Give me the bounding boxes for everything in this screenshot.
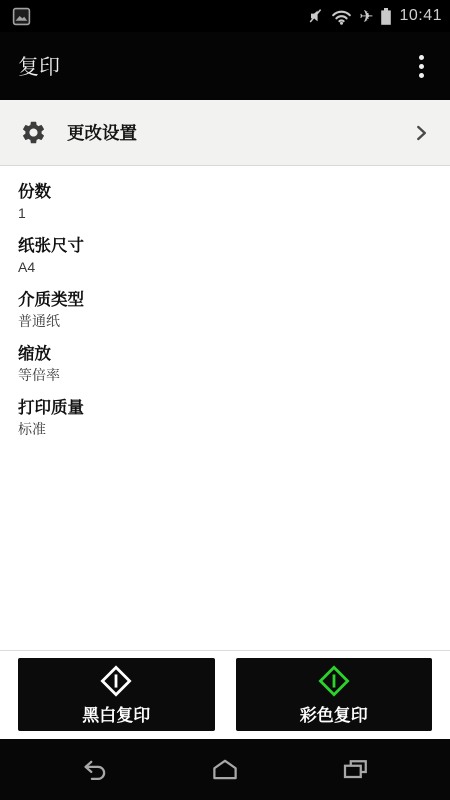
back-button[interactable] — [65, 748, 125, 792]
airplane-mode-icon: ✈ — [359, 8, 373, 25]
color-copy-button[interactable]: 彩色复印 — [236, 658, 433, 731]
status-bar: ✈ 10:41 — [0, 0, 450, 32]
setting-label: 打印质量 — [18, 397, 432, 419]
wifi-icon — [331, 8, 352, 25]
overflow-menu-icon[interactable] — [404, 42, 438, 90]
recents-icon — [340, 755, 370, 785]
setting-value: 等倍率 — [18, 365, 432, 385]
start-copy-diamond-icon — [317, 664, 351, 698]
picture-notification-icon — [12, 7, 31, 26]
back-icon — [80, 755, 110, 785]
setting-label: 缩放 — [18, 343, 432, 365]
phone-screen: ✈ 10:41 复印 更改设置 — [0, 0, 450, 800]
page-title: 复印 — [18, 51, 60, 81]
setting-label: 份数 — [18, 181, 432, 203]
setting-value: 标准 — [18, 419, 432, 439]
android-nav-bar — [0, 739, 450, 800]
battery-icon — [380, 7, 392, 26]
start-copy-diamond-icon — [99, 664, 133, 698]
color-copy-label: 彩色复印 — [300, 701, 368, 726]
action-button-bar: 黑白复印 彩色复印 — [0, 650, 450, 739]
setting-copies: 份数 1 — [18, 181, 432, 223]
setting-paper-size: 纸张尺寸 A4 — [18, 235, 432, 277]
settings-list: 份数 1 纸张尺寸 A4 介质类型 普通纸 缩放 等倍率 打印质量 标准 — [0, 166, 450, 650]
setting-print-quality: 打印质量 标准 — [18, 397, 432, 439]
home-icon — [210, 755, 240, 785]
change-settings-row[interactable]: 更改设置 — [0, 100, 450, 166]
setting-value: A4 — [18, 257, 432, 277]
setting-media-type: 介质类型 普通纸 — [18, 289, 432, 331]
gear-icon — [20, 119, 47, 146]
setting-label: 纸张尺寸 — [18, 235, 432, 257]
bw-copy-label: 黑白复印 — [82, 701, 150, 726]
setting-value: 1 — [18, 203, 432, 223]
recents-button[interactable] — [325, 748, 385, 792]
home-button[interactable] — [195, 748, 255, 792]
setting-value: 普通纸 — [18, 311, 432, 331]
setting-scaling: 缩放 等倍率 — [18, 343, 432, 385]
status-time: 10:41 — [399, 7, 442, 25]
mute-icon — [308, 8, 324, 24]
setting-label: 介质类型 — [18, 289, 432, 311]
chevron-right-icon — [408, 120, 434, 146]
app-bar: 复印 — [0, 32, 450, 100]
bw-copy-button[interactable]: 黑白复印 — [18, 658, 215, 731]
change-settings-label: 更改设置 — [67, 120, 137, 145]
